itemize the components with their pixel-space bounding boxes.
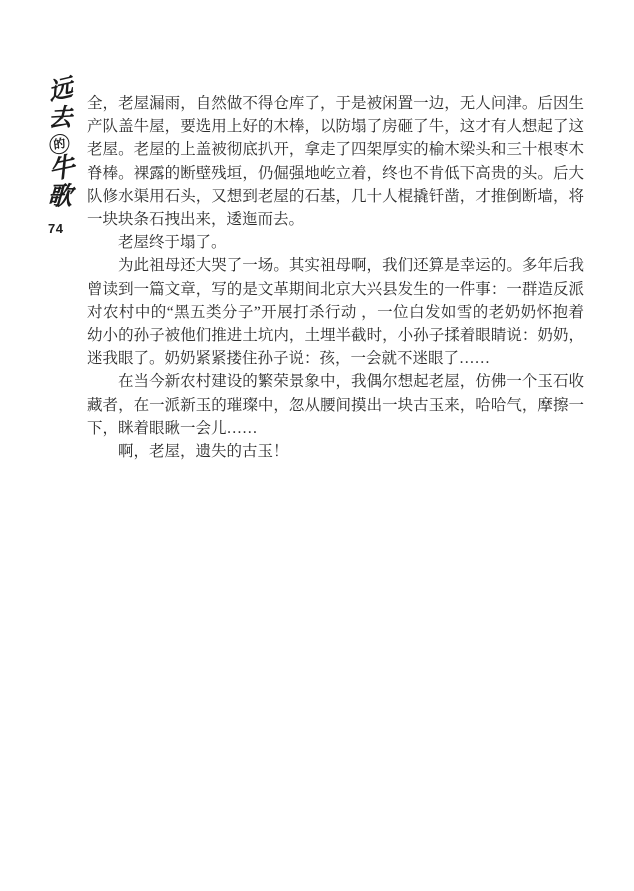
book-title-calligraphy: 远 去 的 牛 歌 xyxy=(30,75,89,213)
paragraph: 啊，老屋，遗失的古玉！ xyxy=(87,440,584,463)
title-char-4: 牛 xyxy=(47,153,76,184)
paragraph-continuation: 全，老屋漏雨，自然做不得仓库了，于是被闲置一边，无人问津。后因生产队盖牛屋，要选… xyxy=(87,92,584,231)
book-page: 远 去 的 牛 歌 74 全，老屋漏雨，自然做不得仓库了，于是被闲置一边，无人问… xyxy=(0,0,634,891)
paragraph: 为此祖母还大哭了一场。其实祖母啊，我们还算是幸运的。多年后我曾读到一篇文章，写的… xyxy=(87,254,584,370)
title-char-1: 远 xyxy=(47,75,75,106)
title-char-5: 歌 xyxy=(47,184,73,211)
title-char-2: 去 xyxy=(48,105,72,132)
page-number: 74 xyxy=(48,221,63,236)
body-text: 全，老屋漏雨，自然做不得仓库了，于是被闲置一边，无人问津。后因生产队盖牛屋，要选… xyxy=(87,92,584,463)
paragraph: 老屋终于塌了。 xyxy=(87,231,584,254)
paragraph: 在当今新农村建设的繁荣景象中，我偶尔想起老屋，仿佛一个玉石收藏者，在一派新玉的璀… xyxy=(87,370,584,440)
left-margin: 远 去 的 牛 歌 74 xyxy=(30,78,82,210)
